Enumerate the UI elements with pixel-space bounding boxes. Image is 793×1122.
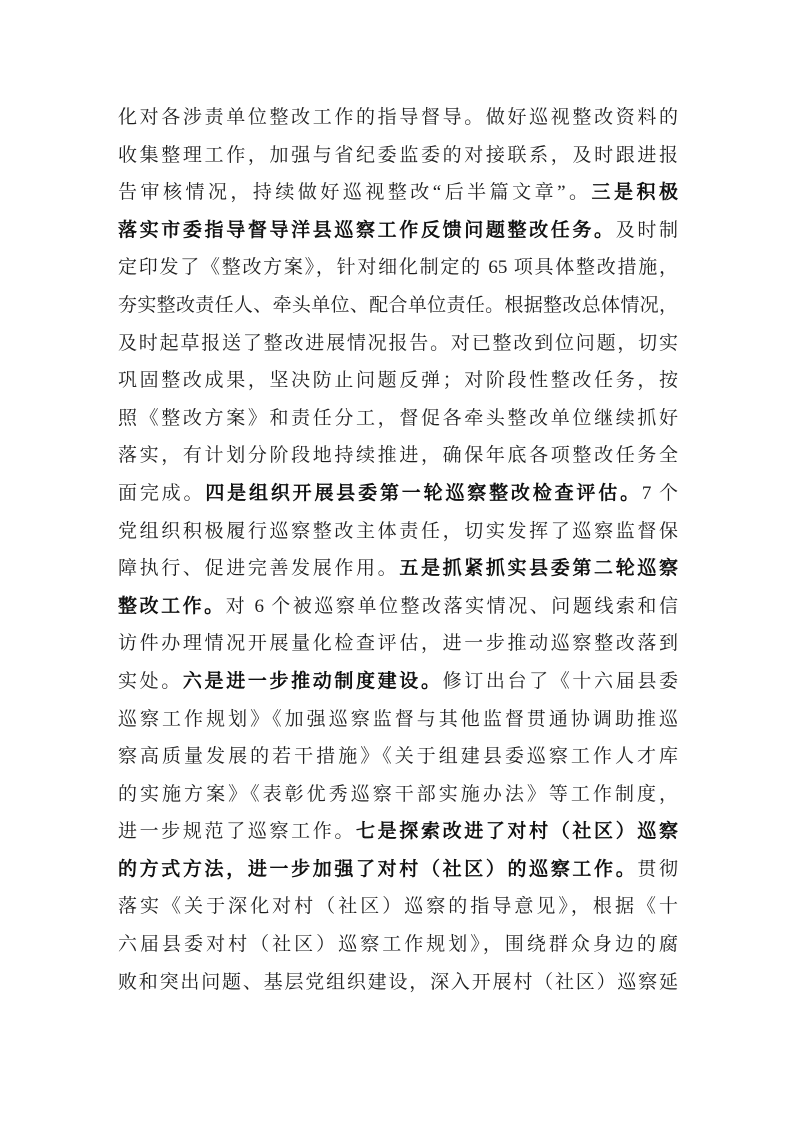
- text-line-5: 定印发了《整改方案》，针对细化制定的 65 项具体整改措施，: [118, 249, 678, 287]
- text-run-bold: 整改工作。: [118, 596, 226, 617]
- text-run-bold: 五是抓紧抓实县委第二轮巡察: [399, 558, 678, 579]
- text-run: 败和突出问题、基层党组织建设，深入开展村（社区）巡察延: [118, 972, 678, 993]
- text-run: 化对各涉责单位整改工作的指导督导。做好巡视整改资料的: [118, 107, 678, 128]
- text-run-bold: 四是组织开展县委第一轮巡察整改检查评估。: [205, 483, 642, 504]
- text-line-22: 落实《关于深化对村（社区）巡察的指导意见》，根据《十: [118, 888, 678, 926]
- text-line-2: 收集整理工作，加强与省纪委监委的对接联系，及时跟进报: [118, 137, 678, 175]
- text-line-12: 党组织积极履行巡察整改主体责任，切实发挥了巡察监督保: [118, 513, 678, 551]
- text-line-10: 落实，有计划分阶段地持续推进，确保年底各项整改任务全: [118, 437, 678, 475]
- document-page: 化对各涉责单位整改工作的指导督导。做好巡视整改资料的 收集整理工作，加强与省纪委…: [0, 0, 793, 1122]
- text-run: 访件办理情况开展量化检查评估，进一步推动巡察整改落到: [118, 633, 678, 654]
- text-run: 察高质量发展的若干措施》《关于组建县委巡察工作人才库: [118, 746, 678, 767]
- text-run: 告审核情况，持续做好巡视整改“后半篇文章”。: [118, 182, 592, 203]
- text-line-14: 整改工作。对 6 个被巡察单位整改落实情况、问题线索和信: [118, 588, 678, 626]
- text-run-bold: 七是探索改进了对村（社区）巡察: [356, 821, 678, 842]
- text-line-20: 进一步规范了巡察工作。七是探索改进了对村（社区）巡察: [118, 813, 678, 851]
- text-run: 夯实整改责任人、牵头单位、配合单位责任。根据整改总体情况，: [118, 295, 678, 316]
- text-line-6: 夯实整改责任人、牵头单位、配合单位责任。根据整改总体情况，: [118, 287, 678, 325]
- text-line-24: 败和突出问题、基层党组织建设，深入开展村（社区）巡察延: [118, 964, 678, 1002]
- text-run: 障执行、促进完善发展作用。: [118, 558, 399, 579]
- text-run-bold: 六是进一步推动制度建设。: [183, 671, 443, 692]
- text-line-1: 化对各涉责单位整改工作的指导督导。做好巡视整改资料的: [118, 99, 678, 137]
- text-run: 巡察工作规划》《加强巡察监督与其他监督贯通协调助推巡: [118, 709, 678, 730]
- text-run: 实处。: [118, 671, 183, 692]
- text-line-23: 六届县委对村（社区）巡察工作规划》，围绕群众身边的腐: [118, 926, 678, 964]
- text-run-bold: 的方式方法，进一步加强了对村（社区）的巡察工作。: [118, 859, 637, 880]
- text-line-8: 巩固整改成果，坚决防止问题反弹；对阶段性整改任务，按: [118, 362, 678, 400]
- text-line-9: 照《整改方案》和责任分工，督促各牵头整改单位继续抓好: [118, 400, 678, 438]
- text-line-7: 及时起草报送了整改进展情况报告。对已整改到位问题，切实: [118, 325, 678, 363]
- text-run-bold: 落实市委指导督导洋县巡察工作反馈问题整改任务。: [118, 220, 616, 241]
- text-run: 六届县委对村（社区）巡察工作规划》，围绕群众身边的腐: [118, 934, 678, 955]
- text-line-18: 察高质量发展的若干措施》《关于组建县委巡察工作人才库: [118, 738, 678, 776]
- text-run: 及时制: [616, 220, 678, 241]
- text-run: 收集整理工作，加强与省纪委监委的对接联系，及时跟进报: [118, 145, 678, 166]
- text-run: 及时起草报送了整改进展情况报告。对已整改到位问题，切实: [118, 333, 678, 354]
- text-run: 7 个: [642, 483, 678, 504]
- text-run: 进一步规范了巡察工作。: [118, 821, 356, 842]
- text-line-15: 访件办理情况开展量化检查评估，进一步推动巡察整改落到: [118, 625, 678, 663]
- text-run-bold: 三是积极: [592, 182, 678, 203]
- text-run: 的实施方案》《表彰优秀巡察干部实施办法》等工作制度，: [118, 784, 678, 805]
- text-line-3: 告审核情况，持续做好巡视整改“后半篇文章”。三是积极: [118, 174, 678, 212]
- text-run: 巩固整改成果，坚决防止问题反弹；对阶段性整改任务，按: [118, 370, 678, 391]
- text-line-19: 的实施方案》《表彰优秀巡察干部实施办法》等工作制度，: [118, 776, 678, 814]
- text-run: 贯彻: [637, 859, 678, 880]
- text-run: 落实《关于深化对村（社区）巡察的指导意见》，根据《十: [118, 896, 678, 917]
- text-run: 修订出台了《十六届县委: [443, 671, 678, 692]
- text-line-17: 巡察工作规划》《加强巡察监督与其他监督贯通协调助推巡: [118, 701, 678, 739]
- text-line-13: 障执行、促进完善发展作用。五是抓紧抓实县委第二轮巡察: [118, 550, 678, 588]
- text-run: 对 6 个被巡察单位整改落实情况、问题线索和信: [226, 596, 678, 617]
- text-line-21: 的方式方法，进一步加强了对村（社区）的巡察工作。贯彻: [118, 851, 678, 889]
- body-text: 化对各涉责单位整改工作的指导督导。做好巡视整改资料的 收集整理工作，加强与省纪委…: [118, 99, 678, 1001]
- text-run: 定印发了《整改方案》，针对细化制定的 65 项具体整改措施，: [118, 257, 678, 278]
- text-run: 落实，有计划分阶段地持续推进，确保年底各项整改任务全: [118, 445, 678, 466]
- text-run: 面完成。: [118, 483, 205, 504]
- text-line-4: 落实市委指导督导洋县巡察工作反馈问题整改任务。及时制: [118, 212, 678, 250]
- text-run: 党组织积极履行巡察整改主体责任，切实发挥了巡察监督保: [118, 521, 678, 542]
- text-run: 照《整改方案》和责任分工，督促各牵头整改单位继续抓好: [118, 408, 678, 429]
- text-line-16: 实处。六是进一步推动制度建设。修订出台了《十六届县委: [118, 663, 678, 701]
- text-line-11: 面完成。四是组织开展县委第一轮巡察整改检查评估。7 个: [118, 475, 678, 513]
